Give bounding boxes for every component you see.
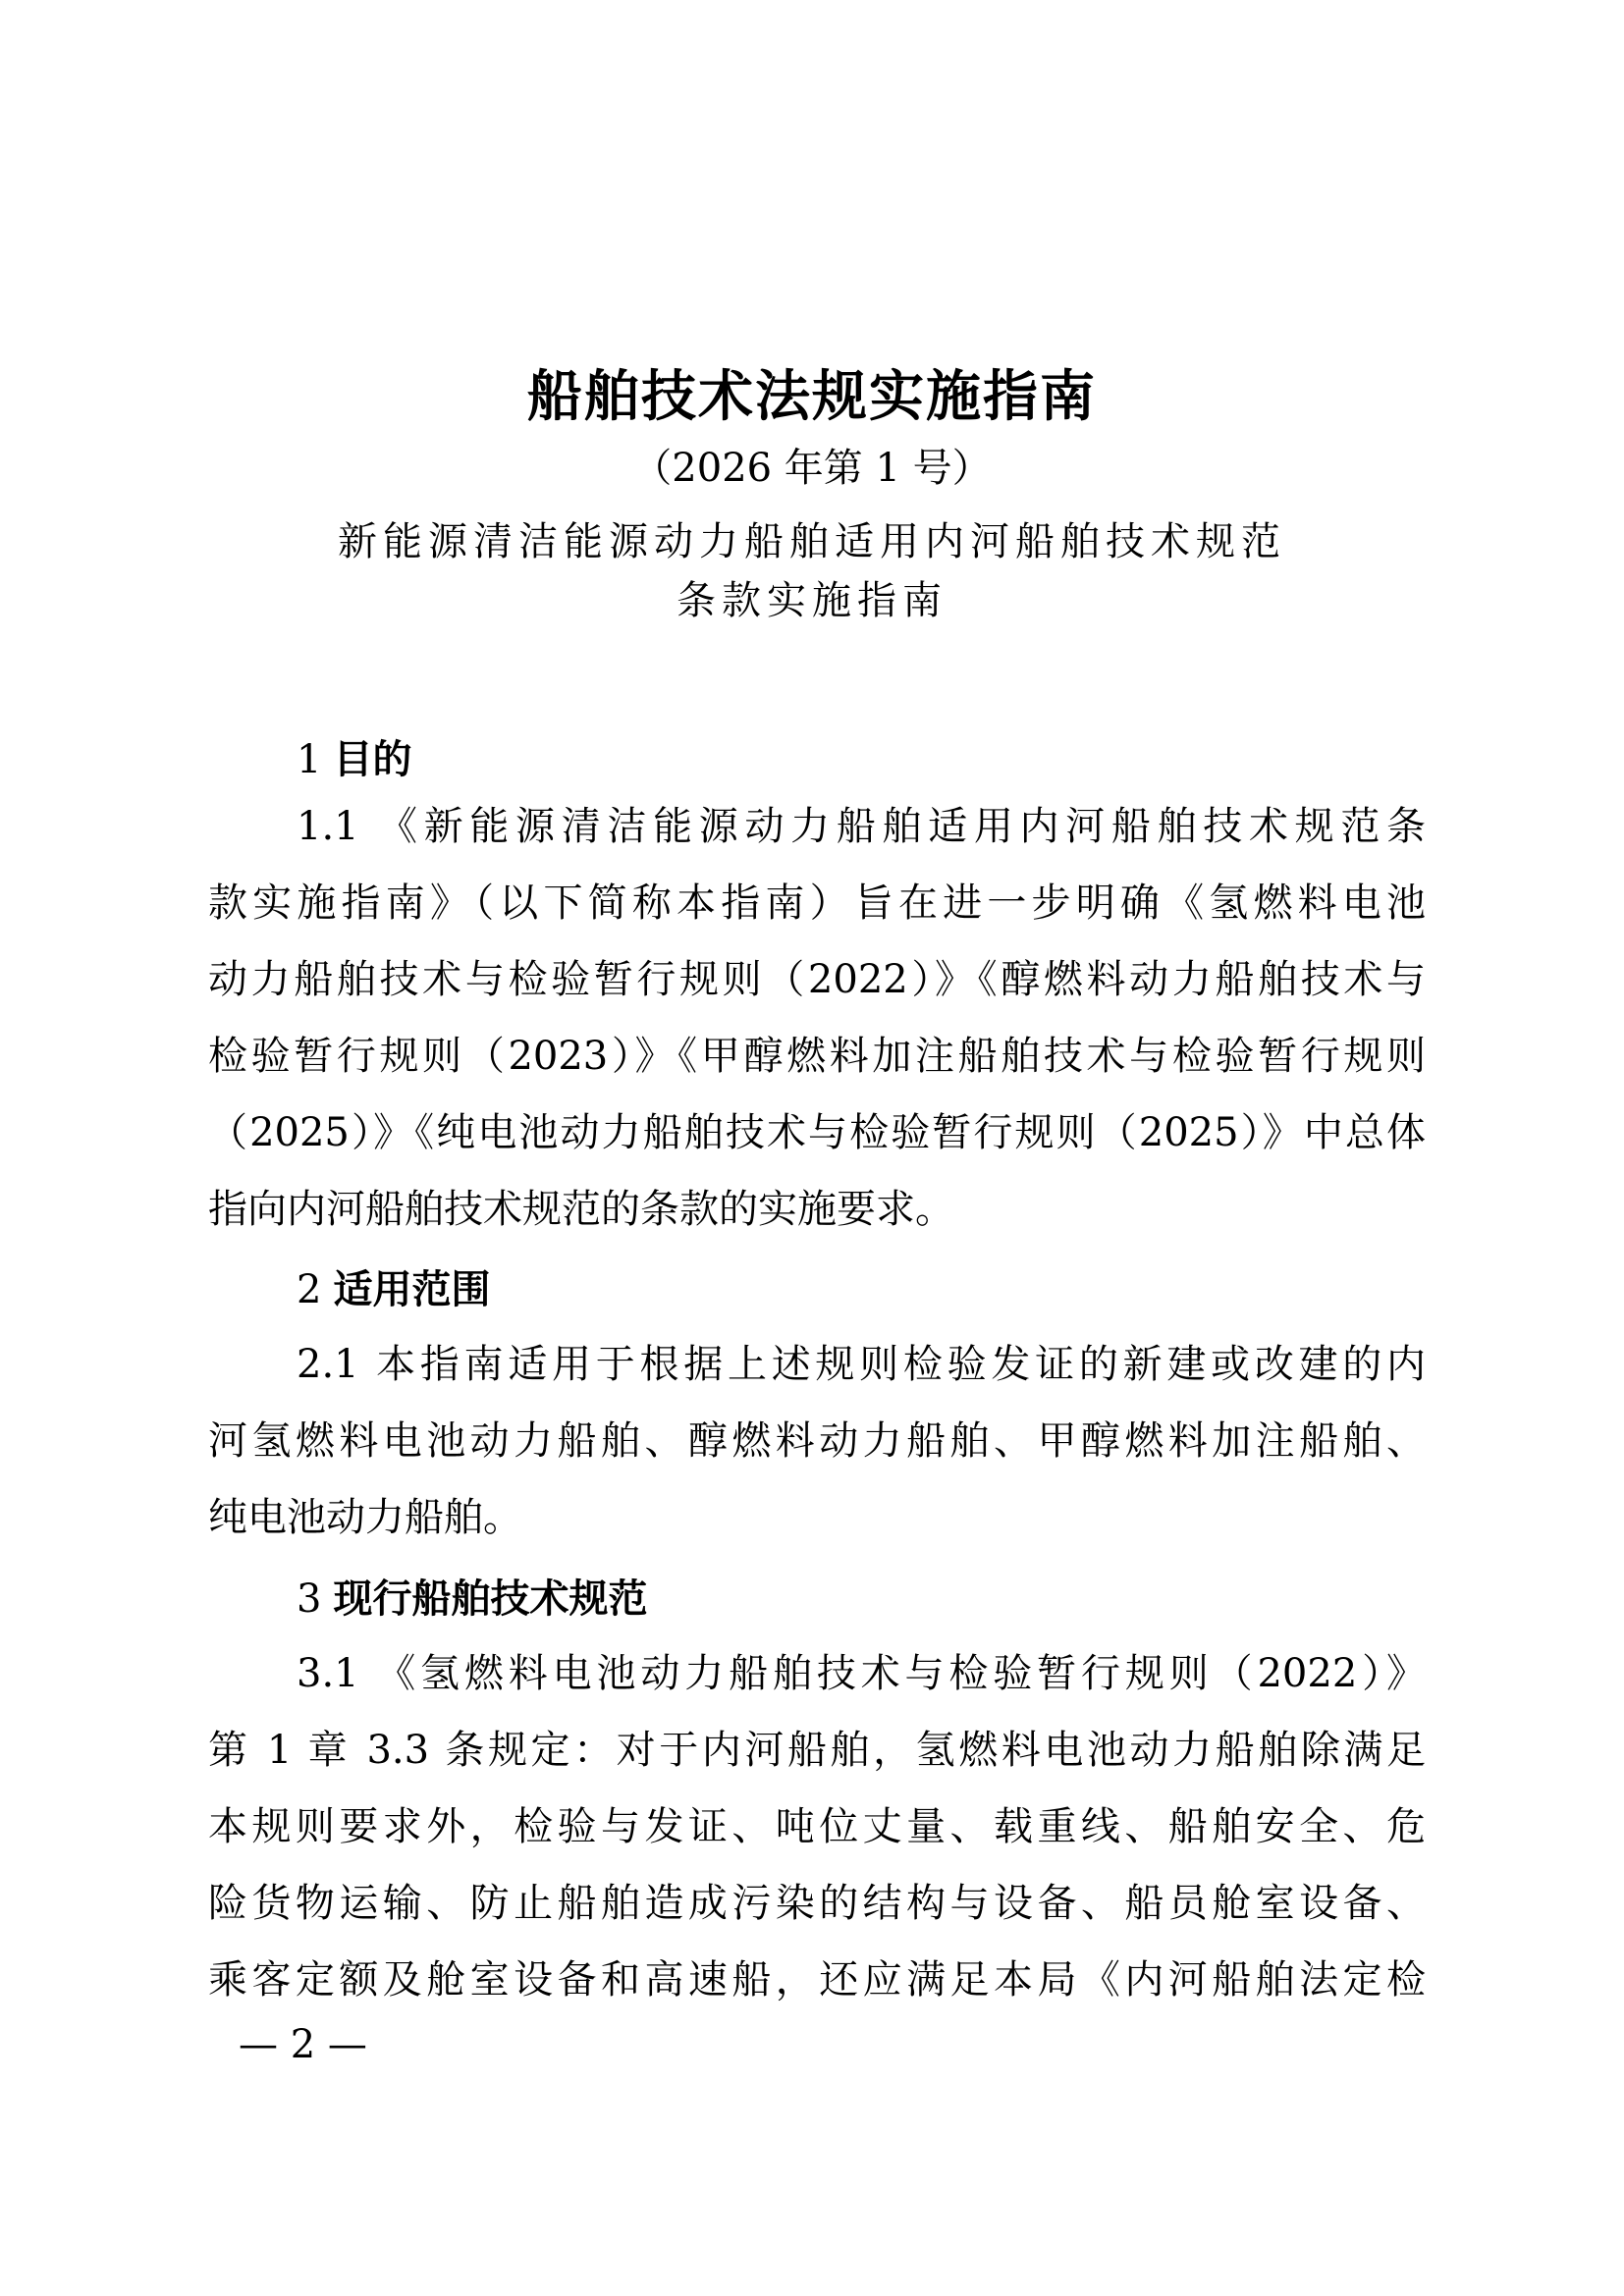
section-number: 1 [297, 737, 321, 782]
guide-heading-line-1: 新能源清洁能源动力船舶适用内河船舶技术规范 [0, 510, 1624, 566]
guide-heading-line-2: 条款实施指南 [0, 569, 1624, 625]
paragraph-line: 第 1 章 3.3 条规定：对于内河船舶，氢燃料电池动力船舶除满足 [208, 1723, 1426, 1778]
paragraph-line: 2.1 本指南适用于根据上述规则检验发证的新建或改建的内 [297, 1337, 1426, 1392]
section-title: 适用范围 [333, 1267, 490, 1312]
paragraph-line: 乘客定额及舱室设备和高速船，还应满足本局《内河船舶法定检 [208, 1952, 1426, 2007]
paragraph-line: 河氢燃料电池动力船舶、醇燃料动力船舶、甲醇燃料加注船舶、 [208, 1414, 1426, 1468]
document-title: 船舶技术法规实施指南 [0, 353, 1624, 432]
paragraph-line: 纯电池动力船舶。 [208, 1490, 1426, 1545]
section-heading-1: 1目的 [297, 728, 411, 784]
section-heading-3: 3现行船舶技术规范 [297, 1568, 647, 1624]
paragraph-line: 指向内河船舶技术规范的条款的实施要求。 [208, 1182, 1426, 1237]
section-number: 3 [297, 1576, 321, 1622]
paragraph-line: 险货物运输、防止船舶造成污染的结构与设备、船员舱室设备、 [208, 1876, 1426, 1931]
paragraph-line: （2025）》《纯电池动力船舶技术与检验暂行规则（2025）》中总体 [208, 1105, 1426, 1160]
section-title: 目的 [333, 737, 411, 782]
paragraph-line: 动力船舶技术与检验暂行规则（2022）》《醇燃料动力船舶技术与 [208, 952, 1426, 1007]
paragraph-line: 本规则要求外，检验与发证、吨位丈量、载重线、船舶安全、危 [208, 1799, 1426, 1854]
paragraph-line: 检验暂行规则（2023）》《甲醇燃料加注船舶技术与检验暂行规则 [208, 1029, 1426, 1084]
section-title: 现行船舶技术规范 [333, 1576, 647, 1622]
page-number: — 2 — [239, 2022, 367, 2067]
section-number: 2 [297, 1267, 321, 1312]
document-page: 船舶技术法规实施指南 （2026 年第 1 号） 新能源清洁能源动力船舶适用内河… [0, 0, 1624, 2296]
paragraph-line: 款实施指南》（以下简称本指南）旨在进一步明确《氢燃料电池 [208, 876, 1426, 931]
section-heading-2: 2适用范围 [297, 1258, 490, 1314]
paragraph-line: 1.1 《新能源清洁能源动力船舶适用内河船舶技术规范条 [297, 799, 1426, 854]
issue-number: （2026 年第 1 号） [0, 437, 1624, 493]
paragraph-line: 3.1 《氢燃料电池动力船舶技术与检验暂行规则（2022）》 [297, 1646, 1426, 1701]
